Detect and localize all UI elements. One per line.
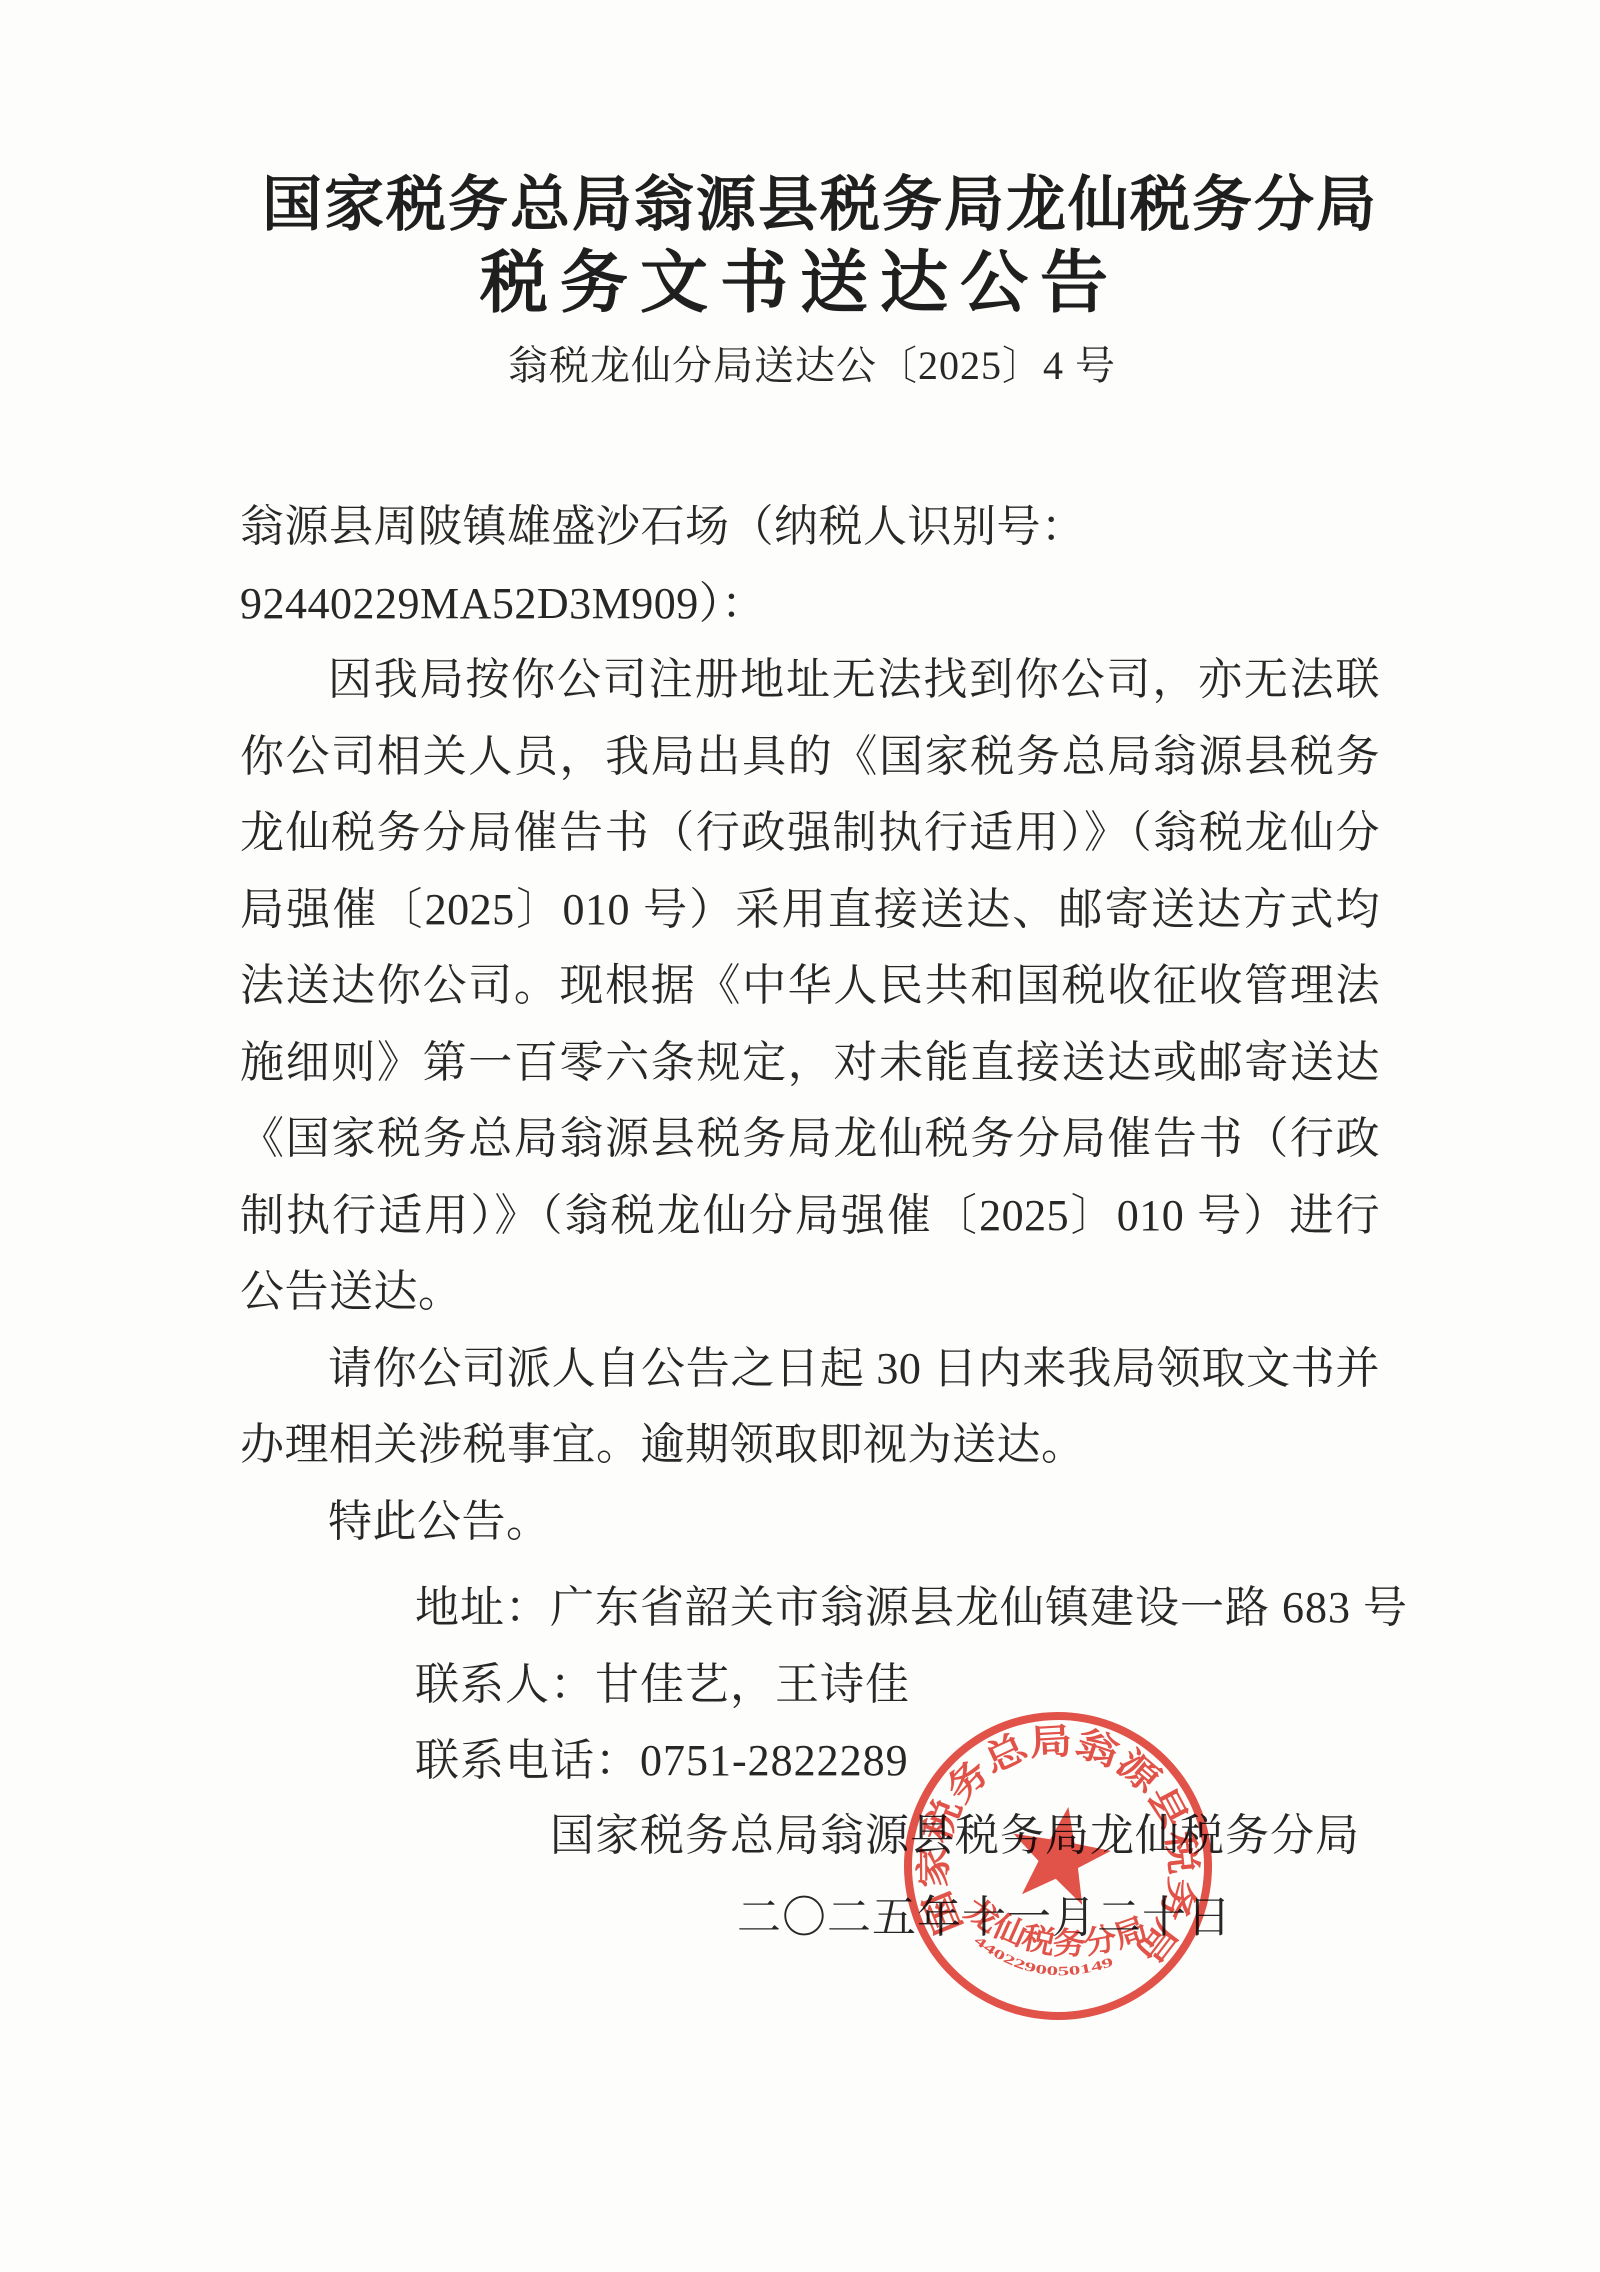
body-line: 施细则》第一百零六条规定，对未能直接送达或邮寄送达的 [240, 1025, 1380, 1102]
contact-phone-line: 联系电话：0751-2822289 [415, 1723, 1465, 1800]
body-line: 《国家税务总局翁源县税务局龙仙税务分局催告书（行政强 [240, 1101, 1380, 1178]
body-line: 因我局按你公司注册地址无法找到你公司，亦无法联系 [240, 642, 1380, 719]
body-line: 你公司相关人员，我局出具的《国家税务总局翁源县税务局 [240, 719, 1380, 796]
body-line: 龙仙税务分局催告书（行政强制执行适用）》（翁税龙仙分 [240, 795, 1380, 872]
document-title-line1: 国家税务总局翁源县税务局龙仙税务分局 [20, 172, 1600, 238]
issue-date-line: 二〇二五年十一月二十日 [737, 1880, 1232, 1957]
scanned-tax-notice-page: { "document": { "title_line1": "国家税务总局翁源… [0, 0, 1600, 2272]
body-line: 制执行适用）》（翁税龙仙分局强催〔2025〕010 号）进行 [240, 1178, 1380, 1255]
body-line: 92440229MA52D3M909）： [240, 566, 1380, 643]
contact-block: 地址：广东省韶关市翁源县龙仙镇建设一路 683 号 联系人：甘佳艺，王诗佳 联系… [415, 1570, 1465, 1800]
body-line: 法送达你公司。现根据《中华人民共和国税收征收管理法实 [240, 948, 1380, 1025]
document-title-line2: 税务文书送达公告 [0, 246, 1600, 321]
contact-person-line: 联系人：甘佳艺，王诗佳 [415, 1647, 1465, 1724]
body-line: 公告送达。 [240, 1254, 1380, 1331]
body-lines: 翁源县周陂镇雄盛沙石场（纳税人识别号：92440229MA52D3M909）：因… [240, 489, 1380, 1560]
document-number: 翁税龙仙分局送达公〔2025〕4 号 [12, 342, 1600, 390]
contact-address-line: 地址：广东省韶关市翁源县龙仙镇建设一路 683 号 [415, 1570, 1465, 1647]
body-line: 办理相关涉税事宜。逾期领取即视为送达。 [240, 1407, 1380, 1484]
body-line: 特此公告。 [240, 1484, 1380, 1561]
body-line: 请你公司派人自公告之日起 30 日内来我局领取文书并 [240, 1331, 1380, 1408]
body-line: 翁源县周陂镇雄盛沙石场（纳税人识别号： [240, 489, 1380, 566]
body-line: 局强催〔2025〕010 号）采用直接送达、邮寄送达方式均无 [240, 872, 1380, 949]
issuer-signature-line: 国家税务总局翁源县税务局龙仙税务分局 [550, 1798, 1360, 1875]
